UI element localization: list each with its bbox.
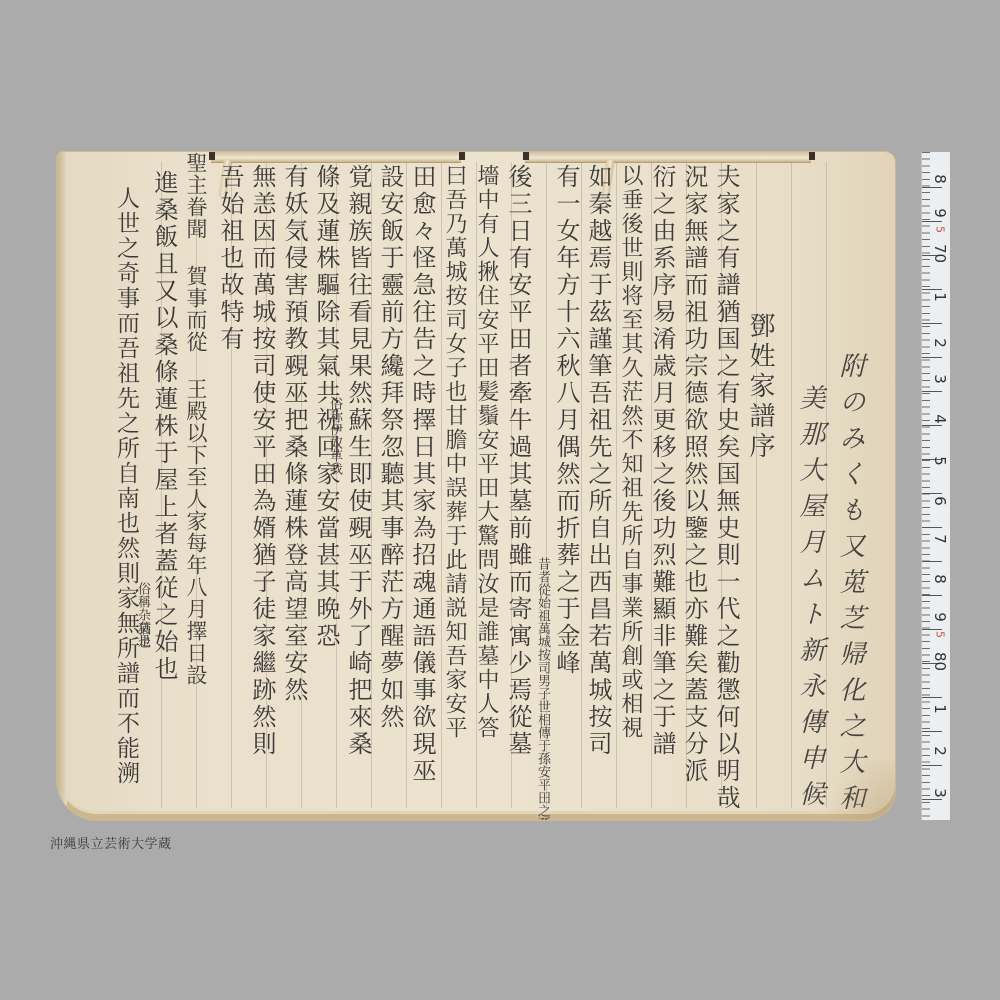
ruler-label: 7 [931, 530, 949, 548]
ruled-line [756, 162, 757, 808]
text-column: 況家無譜而祖功宗德欲照然以鑒之也亦難矣蓋支分派 [679, 164, 709, 785]
ruler-label: 2 [931, 742, 949, 760]
document-title: 鄧姓家譜序 [745, 312, 775, 462]
ruler-label: 3 [931, 370, 949, 388]
text-column: 墻中有人揪住安平田髪鬚安平田大驚問汝是誰墓中人答 [471, 164, 501, 740]
ruler-label: 2 [931, 334, 949, 352]
ruler-label: 9 [931, 204, 949, 222]
ruler-label: 6 [931, 492, 949, 510]
text-column: 衍之由系序易淆歳月更移之後功烈難顯非筆之于譜 [647, 164, 677, 758]
ruler-label-red: 5 [934, 626, 947, 644]
ruler-label: 8 [931, 570, 949, 588]
collection-credit: 沖縄県立芸術大学蔵 [50, 833, 172, 852]
text-column: 設安飯于靈前方纔拜祭忽聽其事醉茫方醒夢如然 [375, 164, 405, 731]
ruler-label: 70 [931, 244, 949, 262]
binding-tab-mark [523, 152, 529, 160]
measuring-ruler: 8 9 5 70 1 2 3 4 5 6 7 8 9 5 80 1 2 3 [921, 152, 950, 820]
text-column: 田愈々怪急往告之時擇日其家為招魂通語儀事欲現巫 [407, 164, 437, 785]
notebook-page: 附のみくも又莵芝帰化之大和加那志の 美那大屋月ムト新永傳申候 鄧姓家譜序 夫家之… [57, 152, 895, 820]
text-column: 曰吾乃萬城按司女子也甘膽中誤葬于此請説知吾家安平 [439, 164, 469, 740]
text-column: 以垂後世則将至其久茫然不知祖先所自事業所創或相視 [615, 164, 645, 740]
text-column: 人世之奇事而吾祖先之所自南也然則家無所譜而不能溯 [111, 186, 141, 786]
text-column: 夫家之有譜猶国之有史矣国無史則一代之勸懲何以明哉 [711, 164, 741, 812]
ruled-line [791, 162, 792, 808]
ruler-label-red: 5 [934, 221, 947, 239]
ruler-label: 3 [931, 784, 949, 802]
text-column: 無恙因而萬城按司使安平田為婿猶子徒家繼跡然則 [247, 164, 277, 758]
text-column: 進桑飯且又以桑條蓮株于屋上者蓋従之始也 [149, 170, 179, 683]
binding-tab-mark [809, 152, 815, 160]
text-column: 吾始祖也故特有 [215, 164, 245, 353]
ruler-label: 80 [931, 652, 949, 670]
annotation-column: 美那大屋月ムト新永傳申候 [795, 384, 825, 816]
annotation-column: 附のみくも又莵芝帰化之大和加那志の [835, 352, 865, 820]
ruler-label: 4 [931, 410, 949, 428]
text-column: 後三日有安平田者牽牛過其墓前雖而寄寓少焉從墓 [503, 164, 533, 758]
ruler-label: 5 [931, 452, 949, 470]
text-column: 有一女年方十六秋八月偶然而折葬之于金峰 [551, 164, 581, 677]
ruler-label: 1 [931, 288, 949, 306]
ruled-line [826, 162, 827, 808]
binding-strip-right [525, 152, 811, 163]
text-column: 如秦越焉于茲謹筆吾祖先之所自出西昌若萬城按司 [583, 164, 613, 758]
ruled-line [581, 162, 582, 808]
ruler-label: 8 [931, 170, 949, 188]
ruler-label: 1 [931, 700, 949, 718]
text-column: 覚親族皆往看見果然蘇生即使覡巫于外了崎把來桑 [343, 164, 373, 758]
interlinear-note: 俗称伊奴草我 [327, 397, 341, 475]
text-column: 有妖気侵害預教覡巫把桑條蓮株登高望室安然 [279, 164, 309, 704]
text-column: 聖主眷聞 賀事而從 王殿以下至人家每年八月擇日設 [181, 152, 211, 686]
archival-photo: 附のみくも又莵芝帰化之大和加那志の 美那大屋月ムト新永傳申候 鄧姓家譜序 夫家之… [0, 0, 1000, 1000]
ruler-label: 9 [931, 608, 949, 626]
interlinear-note: 昔者從始祖萬城按司男子世相傳于孫安平田之孫 [535, 557, 549, 820]
binding-tab-mark [459, 152, 465, 160]
